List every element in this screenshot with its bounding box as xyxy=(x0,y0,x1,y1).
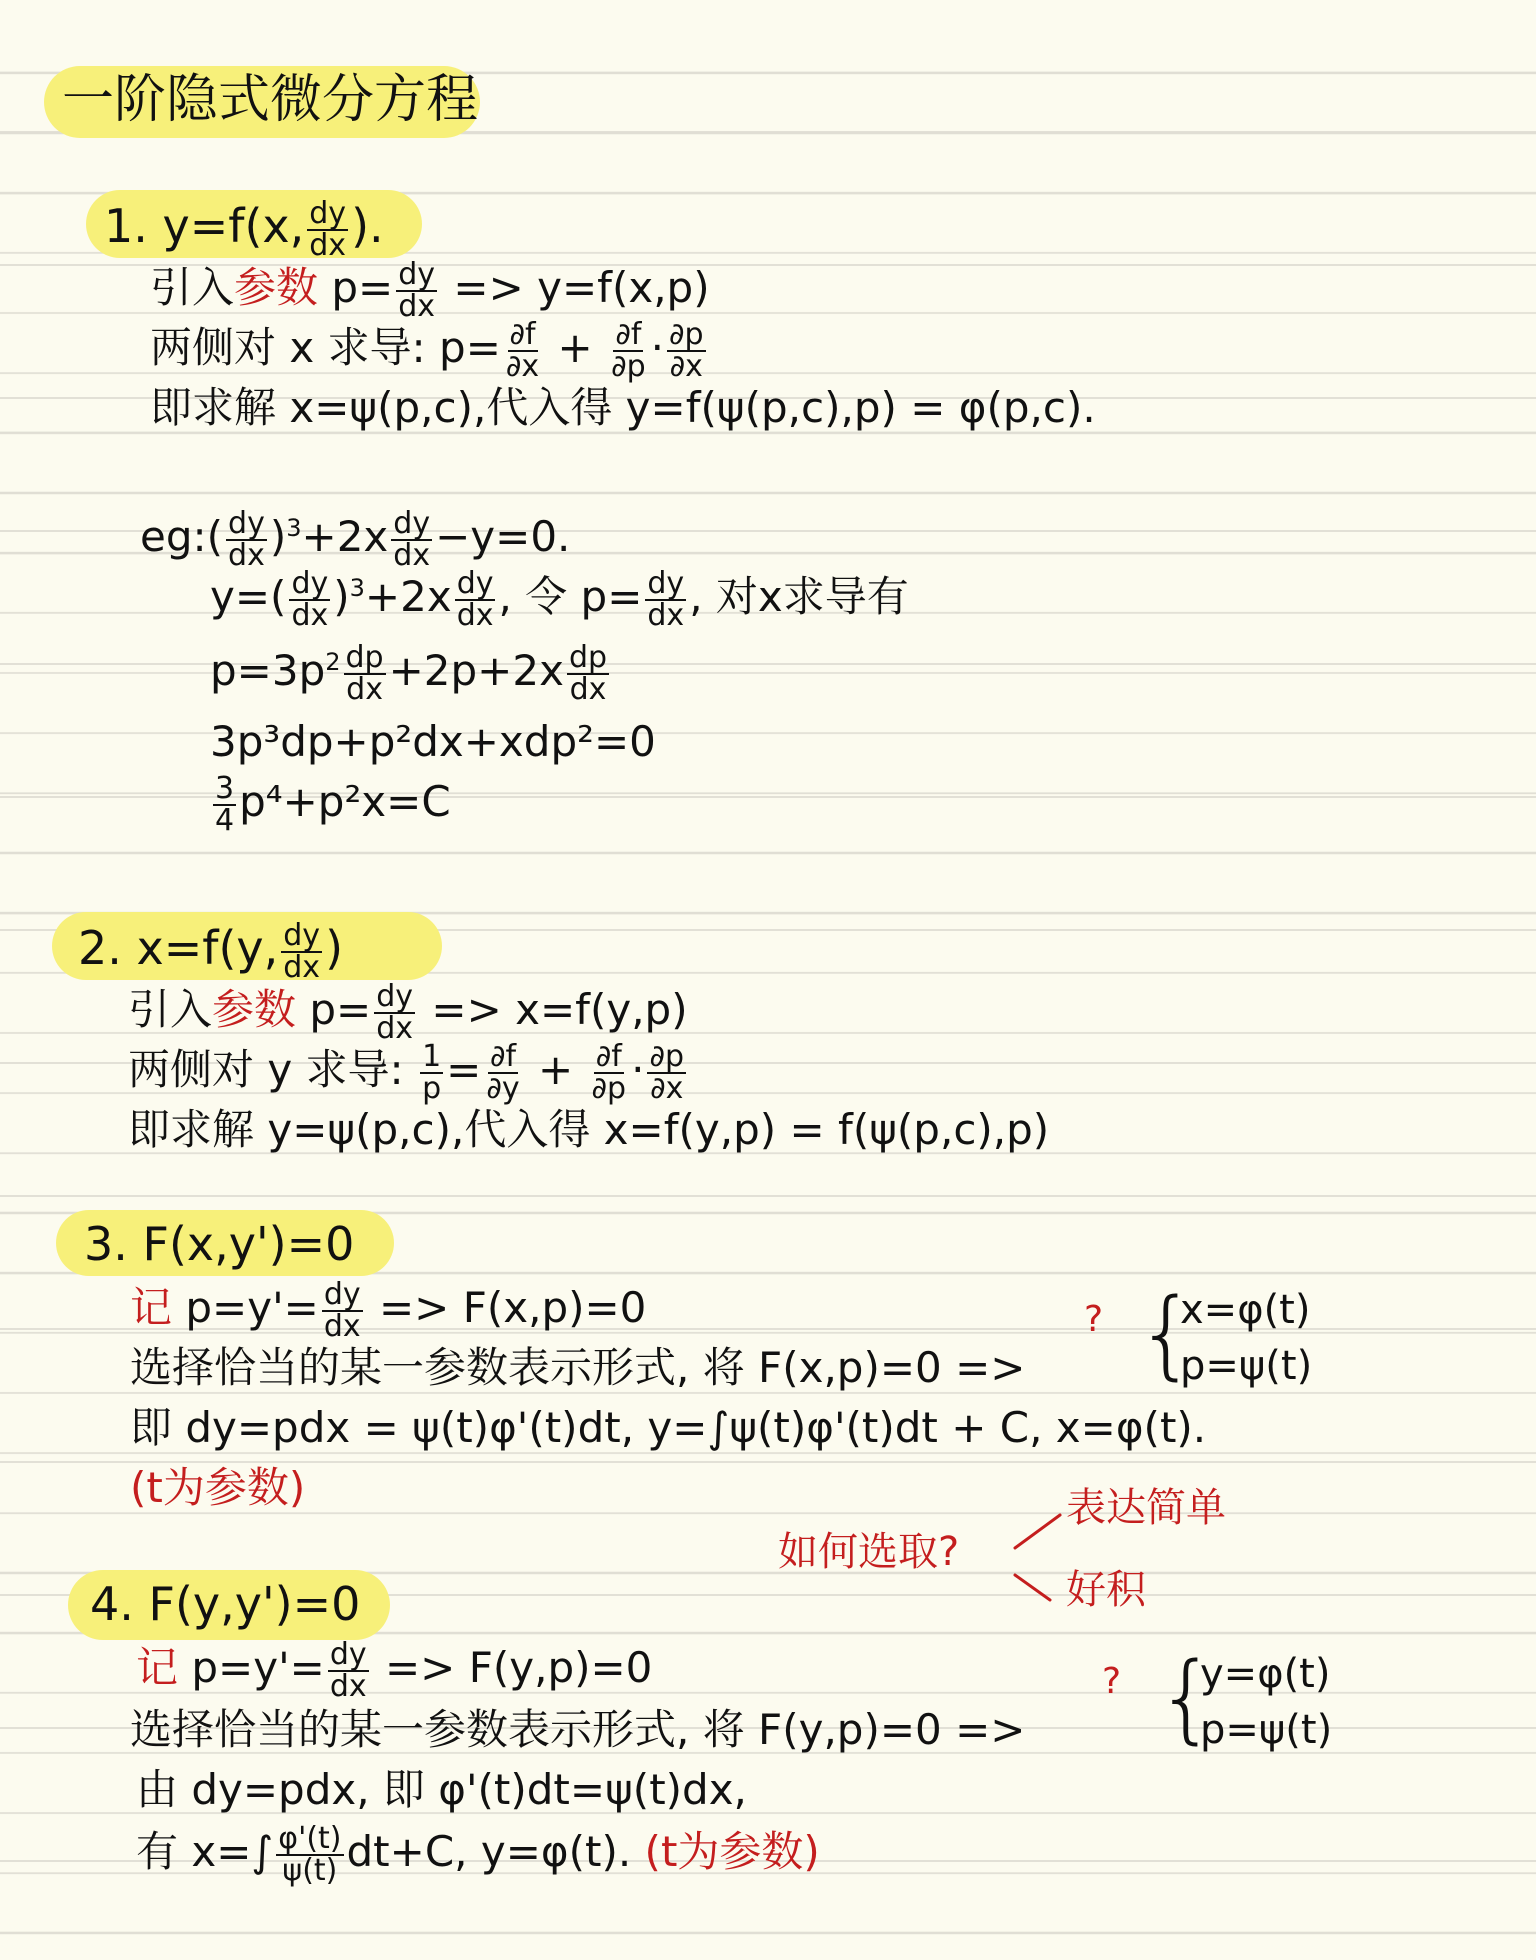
section-4-line-4: 有 x=∫φ'(t)ψ(t)dt+C, y=φ(t). (t为参数) xyxy=(136,1822,820,1886)
section-1-line-3: 即求解 x=ψ(p,c),代入得 y=f(ψ(p,c),p) = φ(p,c). xyxy=(150,378,1096,438)
page-title: 一阶隐式微分方程 xyxy=(62,70,478,130)
section-3-system-1: x=φ(t) xyxy=(1180,1284,1310,1336)
annotation-branch-2: 好积 xyxy=(1066,1560,1146,1620)
section-4-line-2: 选择恰当的某一参数表示形式, 将 F(y,p)=0 => xyxy=(130,1700,1026,1760)
annotation-branch-1: 表达简单 xyxy=(1066,1478,1226,1538)
section-4-line-3: 由 dy=pdx, 即 φ'(t)dt=ψ(t)dx, xyxy=(136,1760,747,1820)
example-line-4: 3p³dp+p²dx+xdp²=0 xyxy=(210,712,656,772)
section-4-question-mark: ? xyxy=(1102,1652,1121,1712)
section-4-heading: 4. F(y,y')=0 xyxy=(90,1574,360,1634)
section-3-line-1: 记 p=y'=dydx => F(x,p)=0 xyxy=(130,1278,646,1342)
section-4-system-1: y=φ(t) xyxy=(1200,1648,1330,1700)
example-line-2: y=(dydx)3+2xdydx, 令 p=dydx, 对x求导有 xyxy=(210,558,909,631)
section-4-system-2: p=ψ(t) xyxy=(1200,1704,1332,1756)
section-3-system-2: p=ψ(t) xyxy=(1180,1340,1312,1392)
section-3-note: (t为参数) xyxy=(130,1458,305,1518)
section-2-line-3: 即求解 y=ψ(p,c),代入得 x=f(y,p) = f(ψ(p,c),p) xyxy=(128,1100,1049,1160)
example-line-3: p=3p2dpdx+2p+2xdpdx xyxy=(210,632,612,705)
section-3-line-2: 选择恰当的某一参数表示形式, 将 F(x,p)=0 => xyxy=(130,1338,1026,1398)
section-3-question-mark: ? xyxy=(1084,1290,1103,1350)
annotation-branch-lines xyxy=(1010,1500,1070,1610)
section-2-heading: 2. x=f(y,dydx) xyxy=(78,918,343,983)
section-1-line-1: 引入参数 p=dydx => y=f(x,p) xyxy=(150,258,710,322)
section-2-line-1: 引入参数 p=dydx => x=f(y,p) xyxy=(128,980,688,1044)
section-3-heading: 3. F(x,y')=0 xyxy=(84,1214,354,1274)
example-line-5: 34p⁴+p²x=C xyxy=(210,772,451,836)
section-1-heading: 1. y=f(x,dydx). xyxy=(104,196,384,261)
section-3-line-3: 即 dy=pdx = ψ(t)φ'(t)dt, y=∫ψ(t)φ'(t)dt +… xyxy=(130,1398,1206,1458)
section-1-line-2: 两侧对 x 求导: p=∂f∂x + ∂f∂p·∂p∂x xyxy=(150,318,709,382)
section-4-line-1: 记 p=y'=dydx => F(y,p)=0 xyxy=(136,1638,652,1702)
section-2-line-2: 两侧对 y 求导: 1p=∂f∂y + ∂f∂p·∂p∂x xyxy=(128,1040,689,1104)
annotation-question: 如何选取? xyxy=(778,1522,959,1582)
